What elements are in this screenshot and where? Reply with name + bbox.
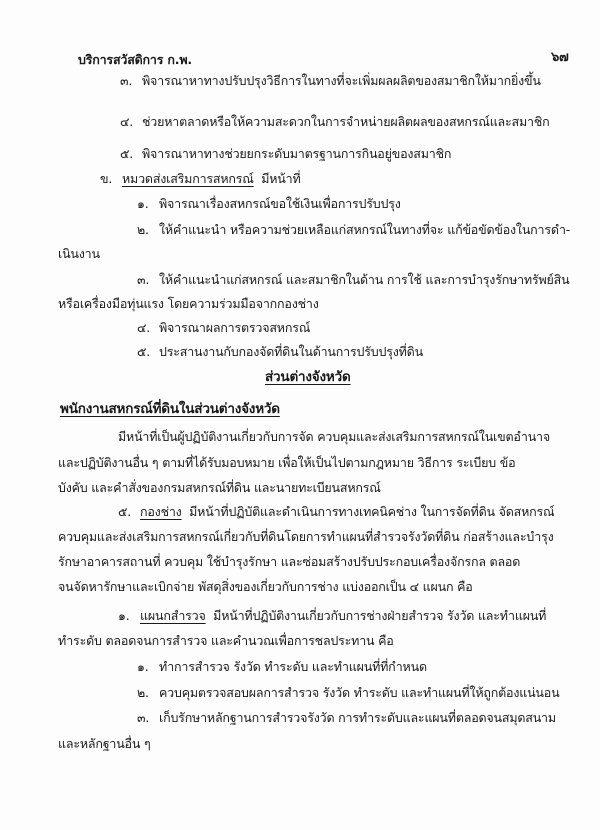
paragraph-line: มีหน้าที่เป็นผู้ปฏิบัติงานเกี่ยวกับการจั… (118, 429, 550, 445)
list-item-continuation: เนินงาน (58, 246, 100, 262)
item-number: ๔. (120, 114, 142, 130)
list-item: ๔.พิจารณาผลการตรวจสหกรณ์ (137, 320, 310, 336)
item-text: พิจารณาหาทางช่วยยกระดับมาตรฐานการกินอยู่… (142, 146, 451, 161)
item-number: ๕. (120, 146, 142, 162)
division-title: กองช่าง (140, 504, 182, 519)
item-number: ๒. (137, 222, 159, 238)
division-text: มีหน้าที่ปฏิบัติและดำเนินการทางเทคนิคช่า… (189, 504, 554, 519)
section-title: หมวดส่งเสริมการสหกรณ์ (122, 171, 254, 186)
paragraph-line: จนจัดหารักษาและเบิกจ่าย พัสดุสิ่งของเกี่… (58, 579, 473, 595)
page-number: ๖๗ (551, 50, 569, 66)
section-heading: ส่วนต่างจังหวัด (265, 369, 351, 385)
item-text: เก็บรักษาหลักฐานการสำรวจรังวัด การทำระดั… (159, 710, 556, 725)
item-number: ๓. (137, 272, 159, 288)
paragraph-line: ควบคุมและส่งเสริมการสหกรณ์เกี่ยวกับที่ดิ… (58, 529, 554, 545)
list-item: ๓.พิจารณาหาทางปรับปรุงวิธีการในทางที่จะเ… (120, 73, 541, 89)
item-text: พิจารณาเรื่องสหกรณ์ขอใช้เงินเพื่อการปรับ… (159, 196, 401, 211)
section-number: ข. (100, 171, 122, 187)
paragraph-line: ทำระดับ ตลอดจนการสำรวจ และคำนวณเพื่อการช… (58, 633, 394, 649)
item-number: ๕. (137, 344, 159, 360)
item-number: ๑. (137, 659, 159, 675)
list-item: ๕.ประสานงานกับกองจัดที่ดินในด้านการปรับป… (137, 344, 423, 360)
item-number: ๓. (137, 710, 159, 726)
section-text: มีหน้าที่ปฏิบัติงานเกี่ยวกับการช่างฝ่ายส… (213, 608, 546, 623)
paragraph-line: รักษาอาคารสถานที่ ควบคุม ใช้บำรุงรักษา แ… (58, 554, 520, 570)
section-b-heading: ข.หมวดส่งเสริมการสหกรณ์ มีหน้าที่ (100, 171, 301, 187)
list-item: ๒.ควบคุมตรวจสอบผลการสำรวจ รังวัด ทำระดับ… (137, 685, 559, 701)
item-text: ให้คำแนะนำ หรือความช่วยเหลือแก่สหกรณ์ในท… (159, 222, 570, 237)
item-text: ควบคุมตรวจสอบผลการสำรวจ รังวัด ทำระดับ แ… (159, 685, 559, 700)
list-item: ๓.ให้คำแนะนำแก่สหกรณ์ และสมาชิกในด้าน กา… (137, 272, 569, 288)
list-item-continuation: หรือเครื่องมือทุ่นแรง โดยความร่วมมือจากก… (58, 296, 319, 312)
section-number: ๑. (118, 608, 140, 624)
document-page: บริการสวัสดิการ ก.พ. ๖๗ ๓.พิจารณาหาทางปร… (0, 0, 600, 830)
paragraph-line: และปฏิบัติงานอื่น ๆ ตามที่ได้รับมอบหมาย … (58, 455, 515, 471)
subsection-heading: พนักงานสหกรณ์ที่ดินในส่วนต่างจังหวัด (60, 401, 280, 417)
item-number: ๒. (137, 685, 159, 701)
section-title: แผนกสำรวจ (140, 608, 206, 623)
item-text: ช่วยหาตลาดหรือให้ความสะดวกในการจำหน่ายผล… (142, 114, 549, 129)
item-number: ๓. (120, 73, 142, 89)
section-suffix: มีหน้าที่ (261, 171, 300, 186)
list-item: ๔.ช่วยหาตลาดหรือให้ความสะดวกในการจำหน่าย… (120, 114, 549, 130)
survey-section-heading: ๑.แผนกสำรวจ มีหน้าที่ปฏิบัติงานเกี่ยวกับ… (118, 608, 546, 624)
item-text: พิจารณาหาทางปรับปรุงวิธีการในทางที่จะเพิ… (142, 73, 541, 88)
item-text: พิจารณาผลการตรวจสหกรณ์ (159, 320, 310, 335)
item-number: ๔. (137, 320, 159, 336)
list-item: ๒.ให้คำแนะนำ หรือความช่วยเหลือแก่สหกรณ์ใ… (137, 222, 570, 238)
division-number: ๕. (118, 504, 140, 520)
list-item: ๕.พิจารณาหาทางช่วยยกระดับมาตรฐานการกินอย… (120, 146, 451, 162)
item-number: ๑. (137, 196, 159, 212)
list-item-continuation: และหลักฐานอื่น ๆ (58, 736, 151, 752)
list-item: ๑.พิจารณาเรื่องสหกรณ์ขอใช้เงินเพื่อการปร… (137, 196, 401, 212)
header-title: บริการสวัสดิการ ก.พ. (78, 52, 192, 68)
paragraph-line: บังคับ และคำสั่งของกรมสหกรณ์ที่ดิน และนา… (58, 480, 381, 496)
list-item: ๓.เก็บรักษาหลักฐานการสำรวจรังวัด การทำระ… (137, 710, 556, 726)
item-text: ให้คำแนะนำแก่สหกรณ์ และสมาชิกในด้าน การใ… (159, 272, 569, 287)
item-text: ทำการสำรวจ รังวัด ทำระดับ และทำแผนที่ที่… (159, 659, 427, 674)
division-heading: ๕.กองช่าง มีหน้าที่ปฏิบัติและดำเนินการทา… (118, 504, 554, 520)
item-text: ประสานงานกับกองจัดที่ดินในด้านการปรับปรุ… (159, 344, 423, 359)
list-item: ๑.ทำการสำรวจ รังวัด ทำระดับ และทำแผนที่ท… (137, 659, 427, 675)
